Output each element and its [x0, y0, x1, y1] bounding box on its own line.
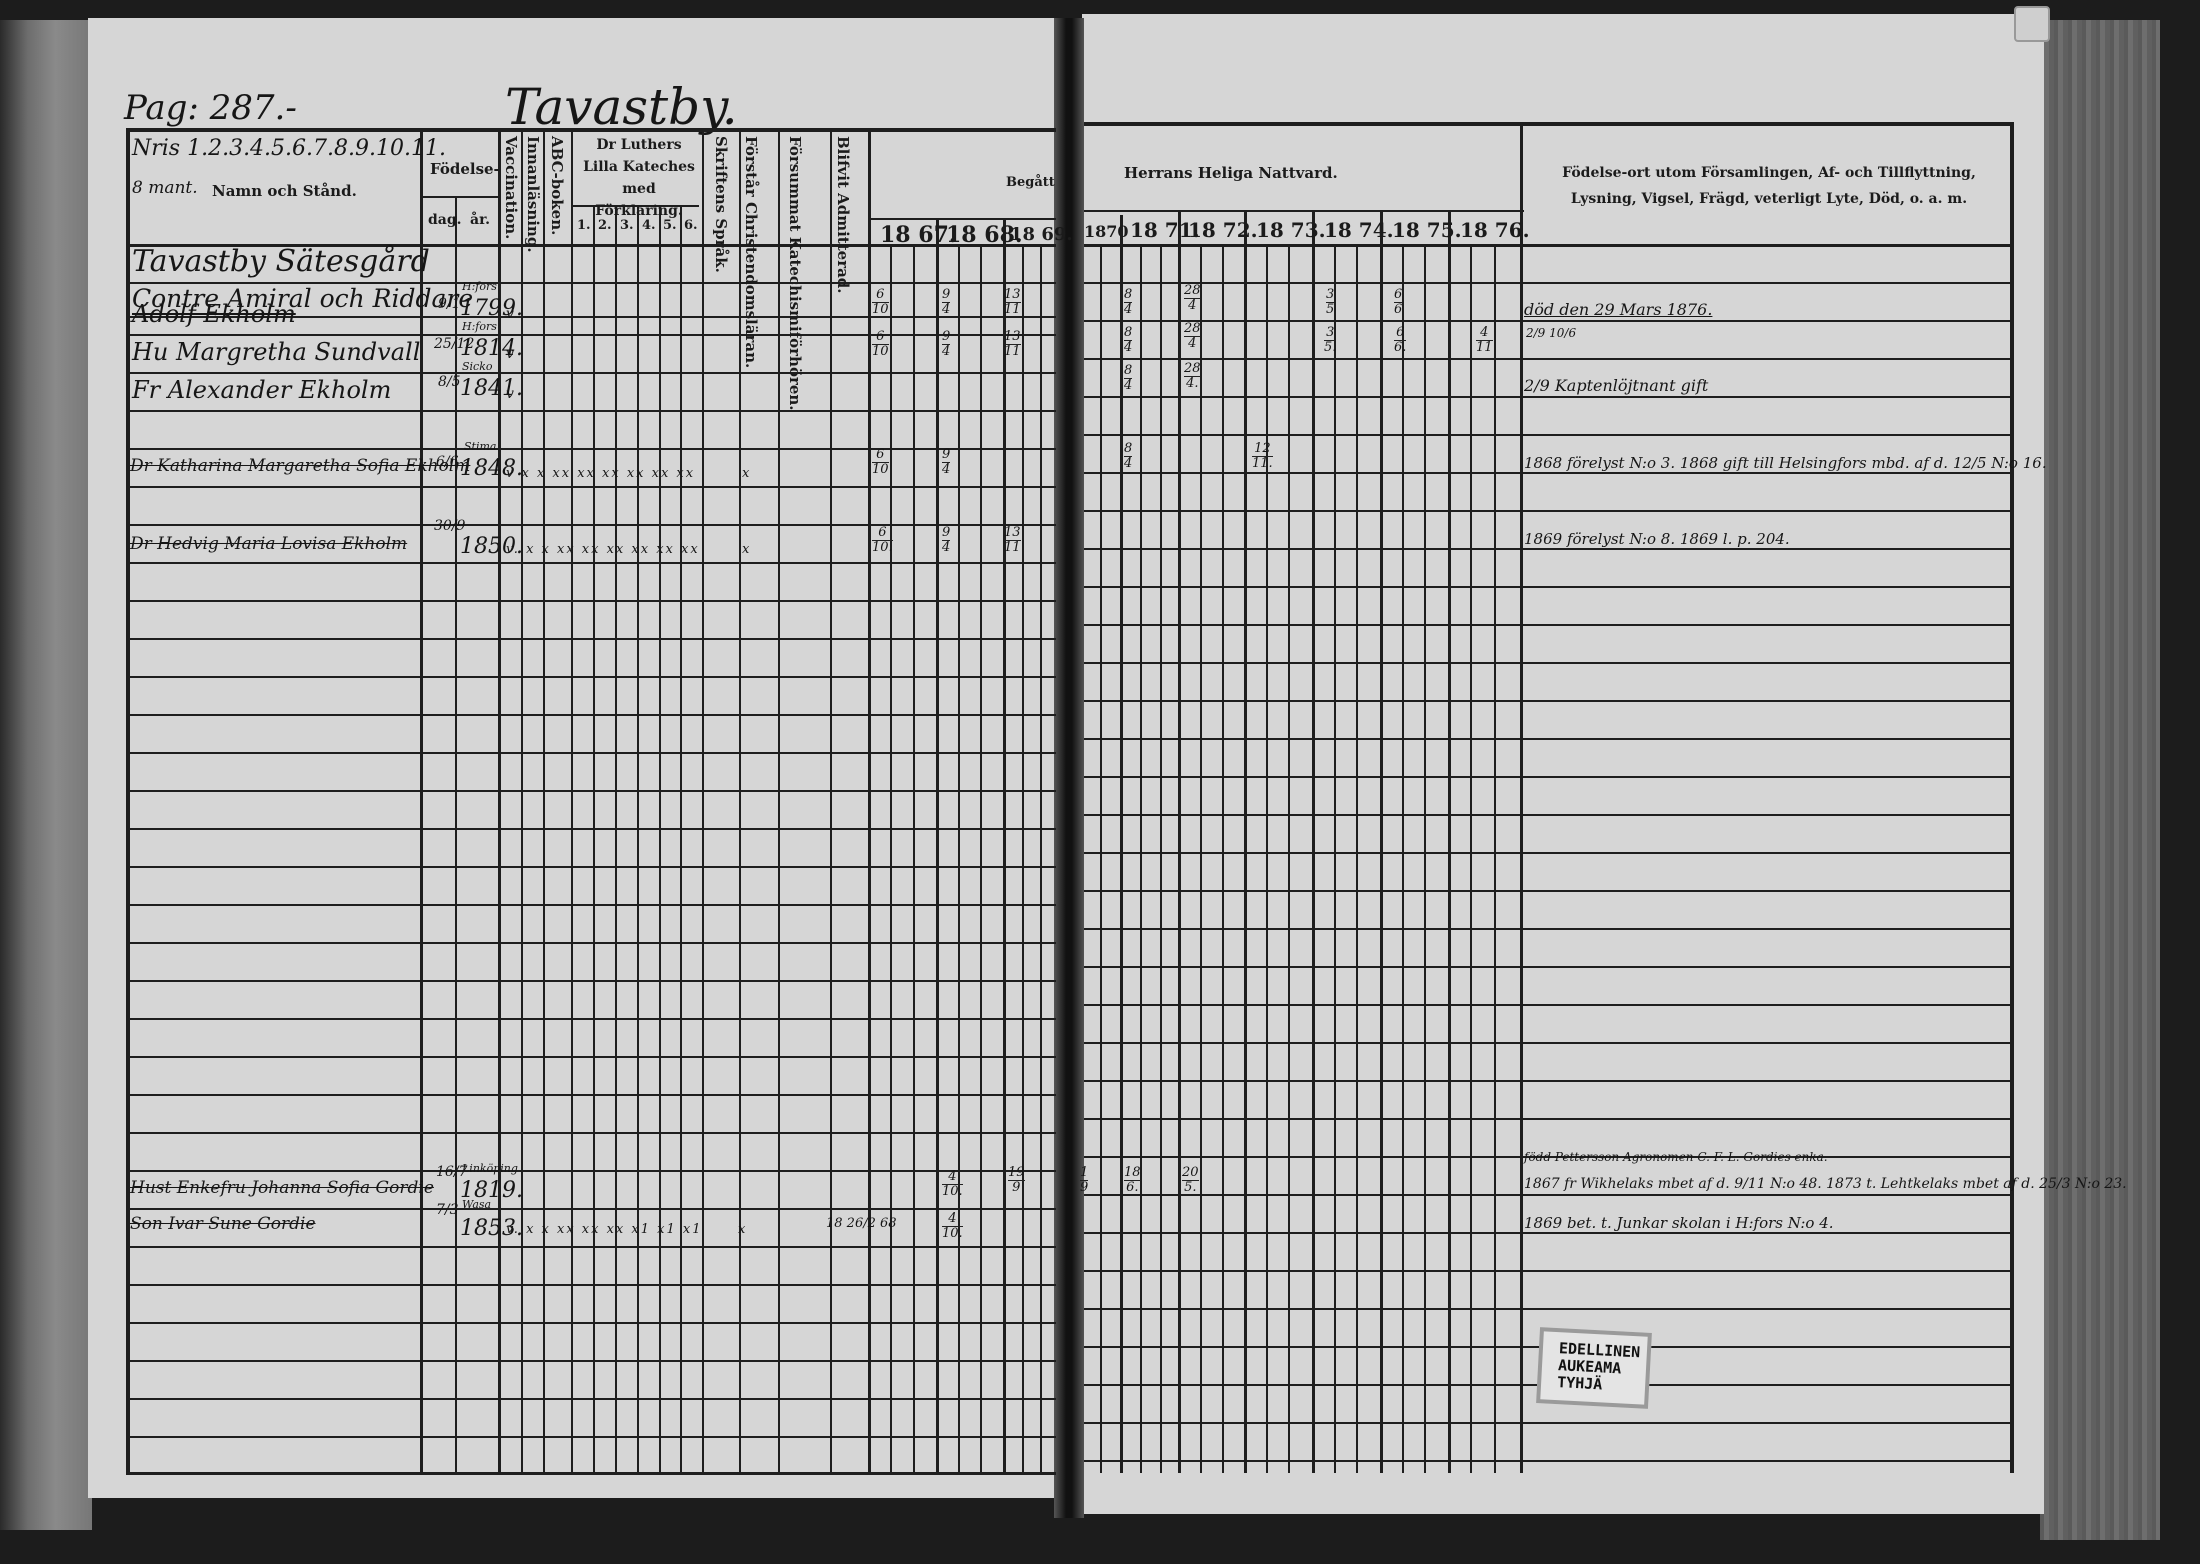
row-name-johanna: Hust Enkefru Johanna Sofia Gordie — [130, 1178, 434, 1198]
row-marks-ivar: v. x x xx xx xx x1 x1 x1 — [506, 1222, 702, 1237]
header-year-1872: 18 72. — [1188, 218, 1258, 242]
header-year-1873: 18 73. — [1256, 218, 1326, 242]
communion-1873-row6: 1211. — [1252, 442, 1273, 471]
communion-1872-row5: 284. — [1184, 362, 1201, 391]
header-cat-2: 2. — [598, 218, 612, 233]
book-edge-right — [2040, 20, 2160, 1540]
header-mant: 8 mant. — [132, 178, 198, 198]
header-admitterad: Blifvit Admitterad. — [834, 136, 851, 236]
communion-1874-row3: 35 — [1326, 288, 1334, 317]
row-skriftens-hedvig: x — [742, 542, 749, 557]
communion-1868-ivar: 410. — [942, 1212, 963, 1241]
row-name-ivar: Son Ivar Sune Gordie — [130, 1214, 316, 1234]
header-ar: år. — [470, 212, 490, 228]
communion-1869-adolf: 1311 — [1004, 288, 1021, 317]
header-cat-6: 6. — [684, 218, 698, 233]
row-vacc-adolf: v — [506, 306, 514, 322]
header-skriftens-sprak: Skriftens Språk. — [712, 136, 729, 273]
communion-1871-row5: 84 — [1124, 364, 1132, 393]
communion-1868-johanna: 410. — [942, 1170, 963, 1199]
communion-1875-row4: 66. — [1394, 326, 1406, 355]
row-birthplace-ivar: Wasa — [462, 1198, 491, 1211]
header-year-1870: 1870 — [1084, 222, 1129, 241]
row-birthplace-margretha: H:fors — [462, 320, 497, 333]
header-dag: dag. — [428, 212, 462, 228]
page-label: Pag: 287.- — [124, 88, 297, 128]
row-name-adolf: Adolf Ekholm — [132, 300, 296, 328]
communion-1867-hedvig: 610. — [872, 526, 893, 555]
communion-1871-row4: 84 — [1124, 326, 1132, 355]
communion-1872-row8: 205. — [1182, 1166, 1199, 1195]
header-forsummat: Försummat Katechismiförhören. — [786, 136, 803, 236]
row-admitterad-ivar: 18 26/2 68 — [826, 1216, 897, 1231]
communion-1868-hedvig: 94 — [942, 526, 950, 555]
communion-1868-adolf: 94 — [942, 288, 950, 317]
header-begatt: Begått — [1006, 175, 1055, 190]
folded-corner — [2014, 6, 2050, 42]
row-birthplace-adolf: H:fors — [462, 280, 497, 293]
row-vacc-margretha: v — [506, 346, 514, 362]
communion-1871-row3: 84 — [1124, 288, 1132, 317]
header-cat-1: 1. — [577, 218, 591, 233]
header-innanlasning: Innanläsning. — [524, 136, 541, 253]
header-namn-och-stand: Namn och Stånd. — [212, 182, 357, 200]
archive-stamp-empty-spread: EDELLINEN AUKEAMA TYHJÄ — [1536, 1327, 1652, 1409]
remark-margretha-dates: 2/9 10/6 — [1526, 326, 1576, 340]
header-year-1874: 18 74. — [1324, 218, 1394, 242]
row-birthplace-katharina: Stima — [464, 440, 496, 453]
row-marks-hedvig: v. x x xx xx xx xx xx xx — [506, 542, 700, 557]
remark-johanna-born: född Pettersson Agronomen C. F. L. Gordi… — [1524, 1150, 1828, 1164]
row-birthday-hedvig: 30/9 — [434, 518, 465, 534]
row-name-hedvig: Dr Hedvig Maria Lovisa Ekholm — [130, 534, 407, 554]
row-heading-estate: Tavastby Sätesgård — [132, 244, 430, 279]
communion-1870-row8: 19 — [1080, 1166, 1088, 1195]
row-skriftens-ivar: x — [738, 1222, 745, 1237]
remark-alexander: 2/9 Kaptenlöjtnant gift — [1524, 376, 1708, 395]
row-name-katharina: Dr Katharina Margaretha Sofia Ekholm — [130, 456, 470, 476]
remark-ivar: 1869 bet. t. Junkar skolan i H:fors N:o … — [1524, 1214, 1834, 1232]
communion-1868-katharina: 94 — [942, 448, 950, 477]
communion-1869-johanna: 199 — [1008, 1166, 1025, 1195]
header-remarks: Födelse-ort utom Församlingen, Af- och T… — [1532, 160, 2006, 212]
communion-1868-margretha: 94 — [942, 330, 950, 359]
communion-1875-row3: 66 — [1394, 288, 1402, 317]
book-edge-left — [0, 20, 92, 1530]
row-name-alexander: Fr Alexander Ekholm — [132, 376, 391, 404]
row-skriftens-katharina: x — [742, 466, 749, 481]
header-herrans-heliga-nattvard: Herrans Heliga Nattvard. — [1124, 164, 1338, 182]
header-forstar: Förstår Christendomsläran. — [742, 136, 759, 236]
communion-1876-row4: 411 — [1476, 326, 1493, 355]
row-birthday-katharina: 6/6 — [436, 454, 459, 470]
communion-1869-margretha: 1311 — [1004, 330, 1021, 359]
header-cat-4: 4. — [642, 218, 656, 233]
communion-1869-hedvig: 1311 — [1004, 526, 1021, 555]
remark-adolf-death: död den 29 Mars 1876. — [1524, 300, 1712, 319]
communion-1874-row4: 35. — [1324, 326, 1336, 355]
remark-hedvig: 1869 förelyst N:o 8. 1869 l. p. 204. — [1524, 530, 1790, 548]
communion-1871-row6: 84 — [1124, 442, 1132, 471]
remark-katharina: 1868 förelyst N:o 3. 1868 gift till Hels… — [1524, 454, 2047, 472]
row-birthday-alexander: 8/5 — [438, 374, 461, 390]
header-cat-3: 3. — [620, 218, 634, 233]
row-marks-katharina: v x x xx xx xx xx xx xx — [506, 466, 695, 481]
stamp-line-3: TYHJÄ — [1557, 1374, 1646, 1396]
header-cat-5: 5. — [663, 218, 677, 233]
communion-1871-row8: 186. — [1124, 1166, 1141, 1195]
header-year-1875: 18 75. — [1392, 218, 1462, 242]
header-year-1869: 18 69. — [1010, 224, 1073, 245]
row-birthplace-alexander: Sicko — [462, 360, 493, 373]
row-vacc-alexander: v — [506, 386, 514, 402]
communion-1867-katharina: 610 — [872, 448, 889, 477]
header-catechism: Dr Luthers Lilla Kateches med Förklaring… — [578, 134, 700, 222]
communion-1872-row3: 284 — [1184, 284, 1201, 313]
row-birthday-ivar: 7/3 — [436, 1202, 459, 1218]
header-vaccination: Vaccination. — [502, 136, 519, 239]
row-name-margretha: Hu Margretha Sundvall — [132, 338, 420, 366]
header-abc-boken: ABC-boken. — [548, 136, 565, 235]
communion-1867-margretha: 610 — [872, 330, 889, 359]
communion-1872-row4: 284 — [1184, 322, 1201, 351]
header-fodelse: Födelse- — [430, 160, 500, 178]
header-nris: Nris 1.2.3.4.5.6.7.8.9.10.11. — [132, 136, 446, 161]
row-birthday-adolf: 9/1 — [438, 296, 461, 312]
remark-johanna-moves: 1867 fr Wikhelaks mbet af d. 9/11 N:o 48… — [1524, 1176, 2127, 1192]
communion-1867-adolf: 610 — [872, 288, 889, 317]
row-birthplace-johanna: Linköping — [462, 1162, 518, 1175]
header-year-1876: 18 76. — [1460, 218, 1530, 242]
